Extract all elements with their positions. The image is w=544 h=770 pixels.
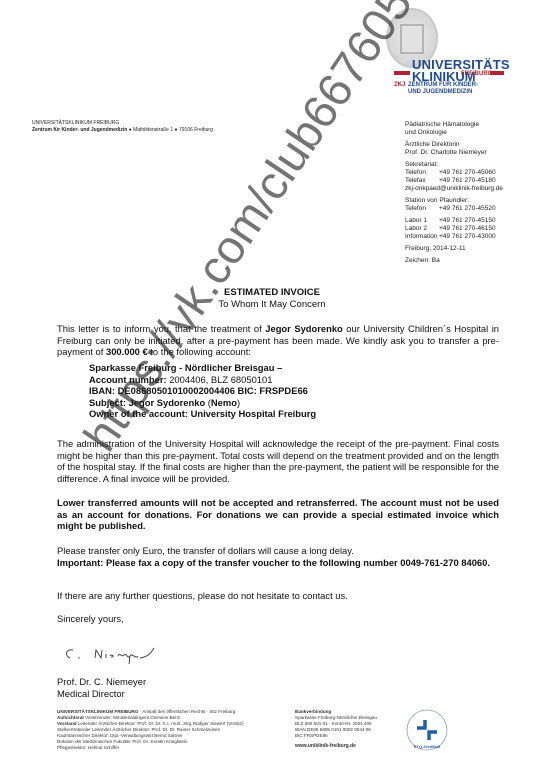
footer-legal: UNIVERSITÄTSKLINIKUM FREIBURG · Anstalt … [57,709,287,751]
bank-name: Sparkasse Freiburg - Nördlicher Breisgau… [89,362,316,374]
signer-name: Prof. Dr. C. Niemeyer [57,676,146,688]
iban-bic: IBAN: DE08680501010002004406 BIC: FRSPDE… [89,385,316,397]
contact-row: Telefon+49 761 270-45520 [405,205,540,213]
contact-row: Labor 2+49 761 270-46150 [405,225,540,233]
logo-center-name: ZENTRUM FÜR KINDER- UND JUGENDMEDIZIN [408,82,498,96]
document-title: ESTIMATED INVOICE [0,287,544,298]
hospital-logo: UNIVERSITÄTS KLINIKUM FREIBURG ZKJ ZENTR… [386,2,536,102]
sender-street: Mathildenstraße 1 [133,127,173,133]
logo-red-bar [490,71,504,75]
contact-row: Information+49 761 270-43000 [405,233,540,241]
contact-row: Labor 1+49 761 270-45150 [405,217,540,225]
signer-title: Medical Director [57,688,146,700]
contact-row: Telefax+49 761 270-45180 [405,177,540,185]
logo-zkj: ZKJ [394,82,405,89]
logo-red-bar [394,71,410,75]
reference-sign: Zeichen: Ba [405,257,540,265]
handwritten-signature [60,638,170,668]
sender-detail-line: Zentrum für Kinder- und Jugendmedizin ● … [32,127,213,134]
logo-sub-line: UND JUGENDMEDIZIN [408,89,498,96]
svg-text:KTQ-Zertifikat: KTQ-Zertifikat [414,744,441,749]
department: und Onkologie [405,129,540,137]
secretariat-label: Sekretariat: [405,161,540,169]
station-label: Station von Pfaundler: [405,197,540,205]
intro-paragraph: This letter is to inform you, that the t… [57,323,499,358]
account-number: Account number: 2004406, BLZ 68050101 [89,374,316,386]
transfer-instructions: Please transfer only Euro, the transfer … [57,545,499,568]
sender-address: UNIVERSITÄTSKLINIKUM FREIBURG Zentrum fü… [32,120,213,134]
footer-bank: Bankverbindung Sparkasse Freiburg-Nördli… [295,709,405,749]
sender-center: Zentrum für Kinder- und Jugendmedizin [32,127,127,133]
contact-row: Telefon+49 761 270-45060 [405,169,540,177]
sender-city: 79106 Freiburg [179,127,213,133]
account-owner: Owner of the account: University Hospita… [89,408,316,420]
patient-name: Jegor Sydorenko [265,323,343,334]
website-link[interactable]: www.uniklinik-freiburg.de [295,743,405,749]
ktq-certificate-icon: KTQ-Zertifikat [405,708,449,752]
fax-instruction: Important: Please fax a copy of the tran… [57,557,499,569]
document-subtitle: To Whom It May Concern [0,299,544,310]
director-name: Prof. Dr. Charlotte Niemeyer [405,149,540,157]
bank-account-block: Sparkasse Freiburg - Nördlicher Breisgau… [89,362,316,420]
department: Pädiatrische Hämatologie [405,121,540,129]
prepayment-amount: 300.000 € [106,346,148,357]
bank-line: BIC FRSPDE66 [295,733,405,739]
sender-institution: UNIVERSITÄTSKLINIKUM FREIBURG [32,120,213,127]
logo-sub-line: ZENTRUM FÜR KINDER- [408,82,498,89]
contact-info-column: Pädiatrische Hämatologie und Onkologie Ä… [405,121,540,265]
contact-note: If there are any further questions, plea… [57,590,499,602]
warning-paragraph: Lower transferred amounts will not be ac… [57,497,499,532]
contact-email: zkj-onkpaed@uniklinik-freiburg.de [405,185,540,193]
logo-city: FREIBURG [461,71,492,77]
footer-legal-line: Pflegedirektor: Helmut Schiffer [57,745,287,751]
director-role: Ärztliche Direktorin [405,141,540,149]
administration-paragraph: The administration of the University Hos… [57,438,499,484]
letter-date: Freiburg, 2014-12-11 [405,245,540,253]
currency-note: Please transfer only Euro, the transfer … [57,545,499,557]
closing: Sincerely yours, [57,613,499,625]
payment-subject: Subject: Jegor Sydorenko (Nemo) [89,397,316,409]
signer-block: Prof. Dr. C. Niemeyer Medical Director [57,676,146,699]
